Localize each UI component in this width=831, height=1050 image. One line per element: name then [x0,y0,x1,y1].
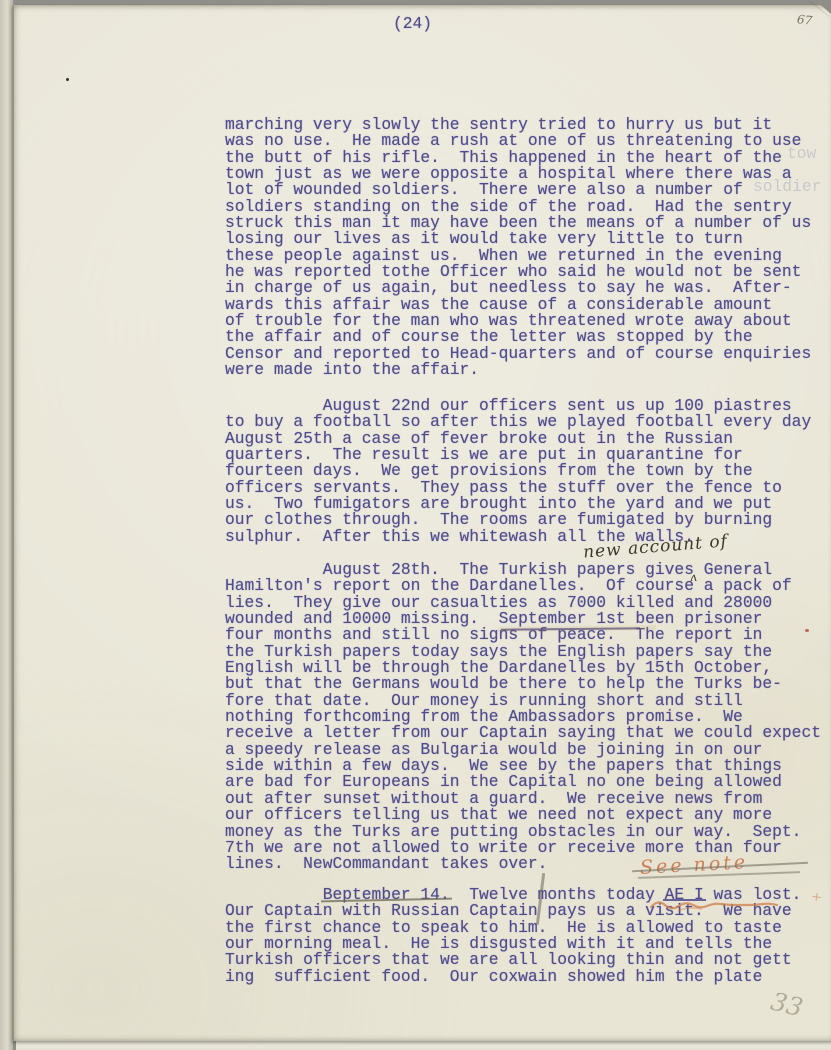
ink-speck [805,629,809,632]
ghost-text-fragment: soldier [753,179,821,195]
paragraph-football-quarantine: August 22nd our officers sent us up 100 … [225,398,811,545]
paragraph-sentry-incident: marching very slowly the sentry tried to… [225,117,811,379]
paragraph-turkish-papers: August 28th. The Turkish papers gives Ge… [225,562,821,873]
page-number: (24) [393,16,432,32]
ghost-text-fragment: tow [787,146,816,162]
orange-scribble-underline [648,897,798,915]
folio-number-top-right: 67 [796,12,813,28]
paper-speck [66,78,69,81]
scanned-document-page: (24) marching very slowly the sentry tri… [0,0,831,1050]
margin-plus-mark: + [810,889,823,905]
insertion-caret-mark: ʌ [690,570,698,584]
